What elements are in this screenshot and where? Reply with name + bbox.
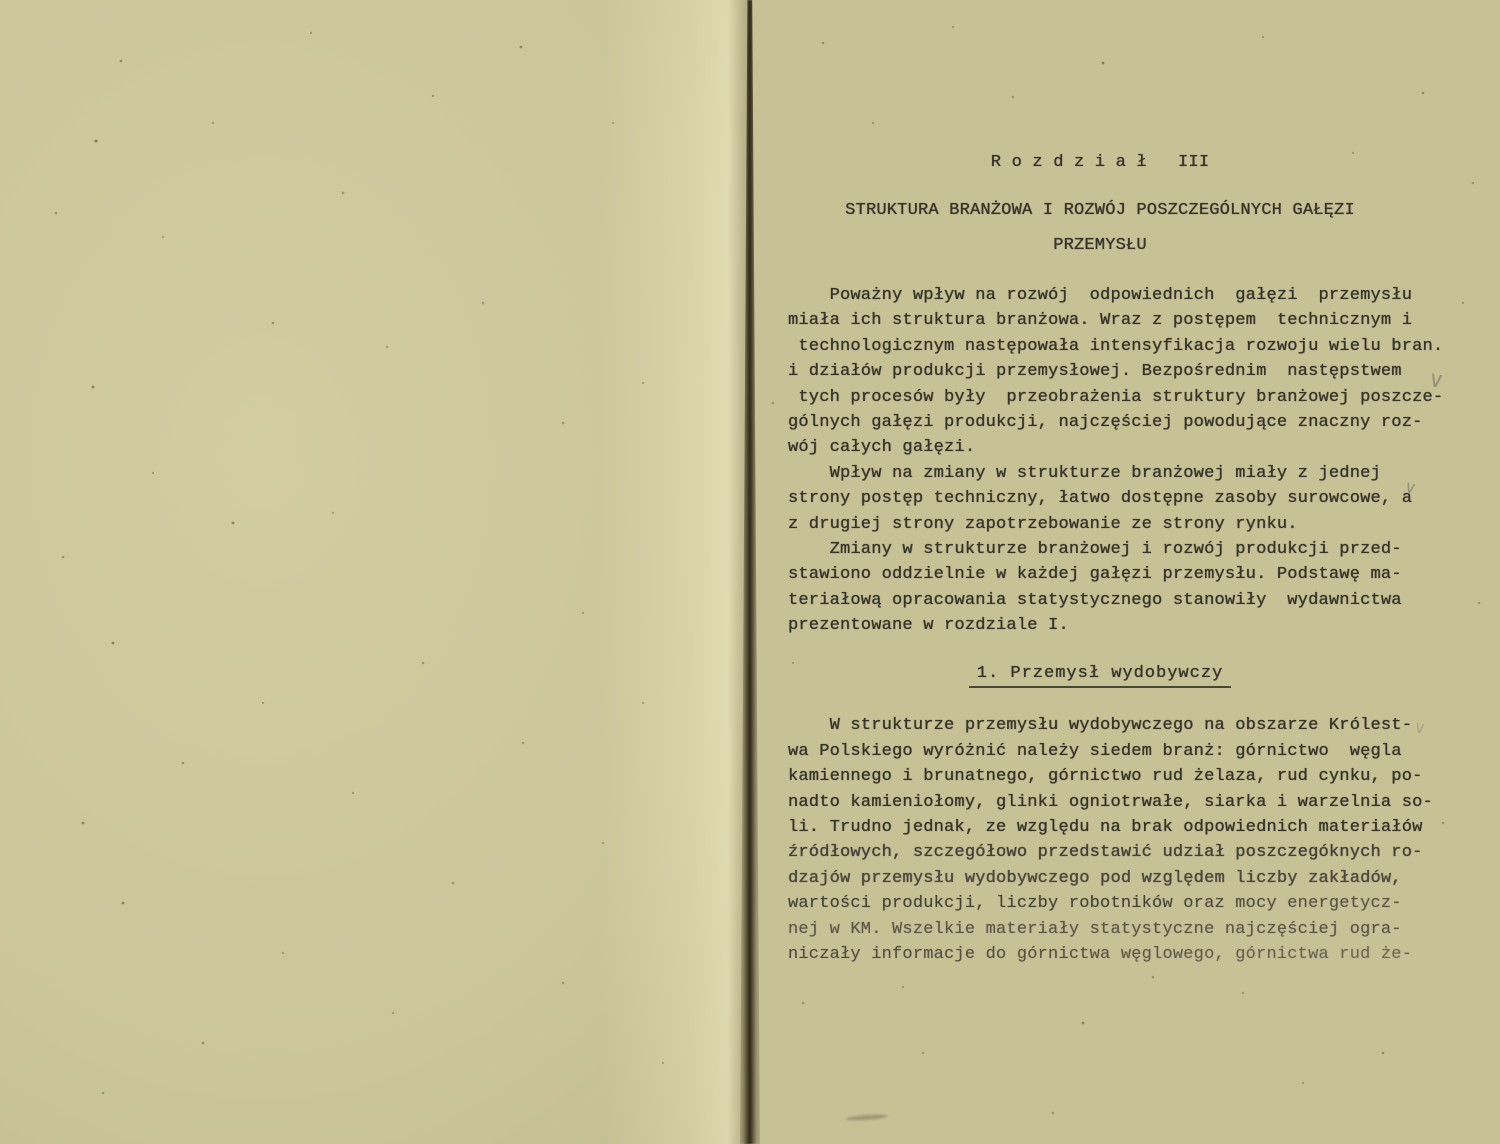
- chapter-title-line-1: STRUKTURA BRANŻOWA I ROZWÓJ POSZCZEGÓLNY…: [788, 198, 1412, 223]
- text-line: i działów produkcji przemysłowej. Bezpoś…: [788, 359, 1412, 384]
- text-line: wa Polskiego wyróżnić należy siedem bran…: [788, 739, 1412, 764]
- text-line: nej w KM. Wszelkie materiały statystyczn…: [788, 917, 1412, 942]
- text-line: technologicznym następowała intensyfikac…: [788, 334, 1412, 359]
- text-line: W strukturze przemysłu wydobywczego na o…: [788, 713, 1412, 738]
- pencil-checkmark-3: ∨: [1413, 717, 1427, 737]
- text-line: tych procesów były przeobrażenia struktu…: [788, 385, 1412, 410]
- text-line: dzajów przemysłu wydobywczego pod względ…: [788, 866, 1412, 891]
- text-line: nadto kamieniołomy, glinki ogniotrwałe, …: [788, 790, 1412, 815]
- text-line: stawiono oddzielnie w każdej gałęzi prze…: [788, 562, 1412, 587]
- text-line: źródłowych, szczegółowo przedstawić udzi…: [788, 840, 1412, 865]
- text-line: li. Trudno jednak, ze względu na brak od…: [788, 815, 1412, 840]
- chapter-title-line-2: PRZEMYSŁU: [788, 233, 1412, 258]
- text-line: prezentowane w rozdziale I.: [788, 613, 1412, 638]
- section-1-heading-row: 1. Przemysł wydobywczy: [788, 664, 1412, 694]
- text-line: strony postęp techniczny, łatwo dostępne…: [788, 486, 1412, 511]
- text-line: kamiennego i brunatnego, górnictwo rud ż…: [788, 764, 1412, 789]
- text-line: Wpływ na zmiany w strukturze branżowej m…: [788, 461, 1412, 486]
- paragraph-3: Zmiany w strukturze branżowej i rozwój p…: [788, 537, 1412, 639]
- section-1-heading: 1. Przemysł wydobywczy: [969, 664, 1231, 688]
- text-line: wartości produkcji, liczby robotników or…: [788, 891, 1412, 916]
- paragraph-2: Wpływ na zmiany w strukturze branżowej m…: [788, 461, 1412, 537]
- text-line: miała ich struktura branżowa. Wraz z pos…: [788, 308, 1412, 333]
- text-line: z drugiej strony zapotrzebowanie ze stro…: [788, 512, 1412, 537]
- text-line: niczały informacje do górnictwa węgloweg…: [788, 942, 1412, 967]
- chapter-heading: R o z d z i a ł III: [788, 150, 1412, 175]
- typewritten-text-column: R o z d z i a ł III STRUKTURA BRANŻOWA I…: [788, 150, 1412, 967]
- paragraph-1: Poważny wpływ na rozwój odpowiednich gał…: [788, 283, 1412, 461]
- text-line: Zmiany w strukturze branżowej i rozwój p…: [788, 537, 1412, 562]
- text-line: Poważny wpływ na rozwój odpowiednich gał…: [788, 283, 1412, 308]
- text-line: gólnych gałęzi produkcji, najczęściej po…: [788, 410, 1412, 435]
- section-1-paragraph: W strukturze przemysłu wydobywczego na o…: [788, 713, 1412, 967]
- paper-dust-specks-right: [0, 0, 2, 2]
- left-page-blank: [0, 0, 750, 1144]
- text-line: wój całych gałęzi.: [788, 435, 1412, 460]
- scanned-book-photo: R o z d z i a ł III STRUKTURA BRANŻOWA I…: [0, 0, 1500, 1144]
- text-line: teriałową opracowania statystycznego sta…: [788, 588, 1412, 613]
